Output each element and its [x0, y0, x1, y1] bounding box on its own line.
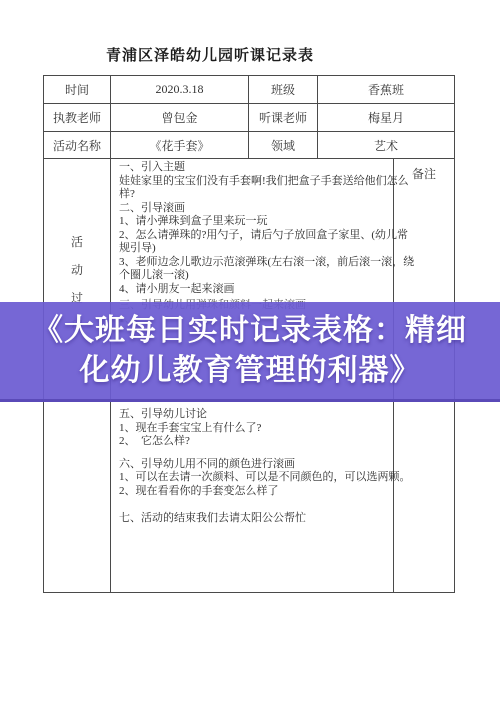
- process-line: 规引导): [119, 242, 391, 256]
- process-line: 七、活动的结束我们去请太阳公公帮忙: [119, 512, 391, 526]
- process-line: [119, 498, 391, 512]
- document-page: 青浦区泽皓幼儿园听课记录表 时间 2020.3.18 班级 香蕉班 执教老师 曾…: [0, 0, 500, 707]
- process-line: 2、现在看看你的手套变怎么样了: [119, 485, 391, 499]
- remark-label: 备注: [394, 165, 454, 182]
- table-row-activity: 活动名称 《花手套》 领域 艺术: [44, 132, 454, 159]
- value-class: 香蕉班: [318, 76, 454, 103]
- overlay-title-line1: 《大班每日实时记录表格：精细: [33, 313, 467, 349]
- label-teaching-teacher: 执教老师: [44, 104, 111, 131]
- process-label-char: 活: [44, 233, 110, 250]
- value-domain: 艺术: [318, 132, 454, 158]
- value-date: 2020.3.18: [111, 76, 249, 103]
- process-line: 3、老师边念儿歌边示范滚弹珠(左右滚一滚，前后滚一滚，绕: [119, 256, 391, 270]
- process-line: 样?: [119, 188, 391, 202]
- process-line: 五、引导幼儿讨论: [119, 408, 391, 422]
- table-row-teacher: 执教老师 曾包金 听课老师 梅星月: [44, 104, 454, 132]
- process-line: 一、引入主题: [119, 161, 391, 175]
- process-text-top: 一、引入主题 娃娃家里的宝宝们没有手套啊!我们把盒子手套送给他们怎么 样? 二、…: [119, 161, 391, 296]
- label-domain: 领域: [249, 132, 318, 158]
- document-title: 青浦区泽皓幼儿园听课记录表: [0, 44, 460, 65]
- label-activity-name: 活动名称: [44, 132, 111, 158]
- label-time: 时间: [44, 76, 111, 103]
- process-line: 1、可以在去请一次颜料、可以是不同颜色的，可以选两颗。: [119, 471, 391, 485]
- title-overlay-banner: 《大班每日实时记录表格：精细 化幼儿教育管理的利器》: [0, 302, 500, 402]
- value-activity-name: 《花手套》: [111, 132, 249, 158]
- process-line: 二、引导滚画: [119, 202, 391, 216]
- label-observing-teacher: 听课老师: [249, 104, 318, 131]
- process-line: 个圈儿滚一滚): [119, 269, 391, 283]
- process-line: 1、现在手套宝宝上有什么了?: [119, 422, 391, 436]
- process-label-char: 动: [44, 261, 110, 278]
- process-line: 2、 它怎么样?: [119, 435, 391, 449]
- process-line: 1、请小弹珠到盒子里来玩一玩: [119, 215, 391, 229]
- process-line: 六、引导幼儿用不同的颜色进行滚画: [119, 458, 391, 472]
- label-class: 班级: [249, 76, 318, 103]
- process-line: 4、请小朋友一起来滚画: [119, 283, 391, 297]
- value-teaching-teacher: 曾包金: [111, 104, 249, 131]
- process-line: 娃娃家里的宝宝们没有手套啊!我们把盒子手套送给他们怎么: [119, 175, 391, 189]
- table-row-time: 时间 2020.3.18 班级 香蕉班: [44, 76, 454, 104]
- overlay-title-line2: 化幼儿教育管理的利器》: [80, 353, 421, 389]
- process-text-bottom: 五、引导幼儿讨论 1、现在手套宝宝上有什么了? 2、 它怎么样? 六、引导幼儿用…: [119, 408, 391, 525]
- process-line: 2、怎么请弹珠的?用勺子，请后勺子放回盒子家里、(幼儿常: [119, 229, 391, 243]
- value-observing-teacher: 梅星月: [318, 104, 454, 131]
